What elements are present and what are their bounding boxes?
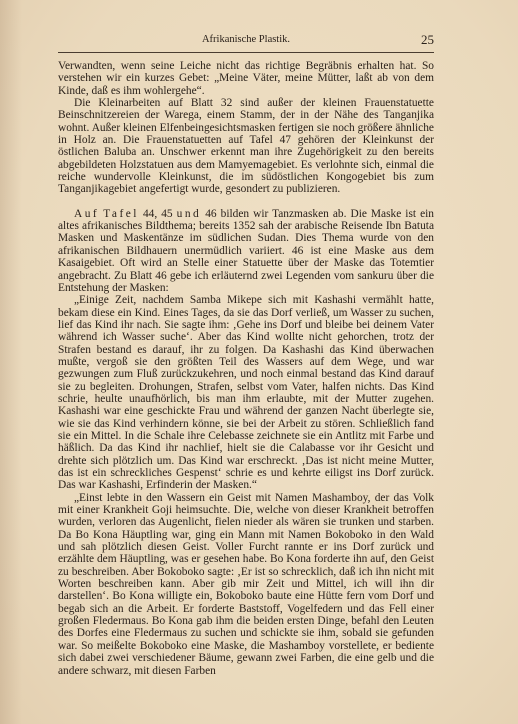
body-text: Verwandten, wenn seine Leiche nicht das … xyxy=(58,60,434,677)
page-number: 25 xyxy=(421,32,434,48)
header-rule xyxy=(58,52,434,53)
paragraph-2: Die Kleinarbeiten auf Blatt 32 sind auße… xyxy=(58,97,434,196)
paragraph-3: Auf Tafel 44, 45 und 46 bilden wir Tanzm… xyxy=(58,208,434,294)
legend-2-mashamboy: „Einst lebte in den Wassern ein Geist mi… xyxy=(58,492,434,677)
page-gutter-shadow xyxy=(0,0,22,724)
emphasis-auf: Auf xyxy=(74,208,99,220)
emphasis-und: und xyxy=(177,208,202,220)
page-header: Afrikanische Plastik. 25 xyxy=(58,34,434,48)
plate-numbers: 44, 45 xyxy=(139,208,177,220)
paragraph-3-text: 46 bilden wir Tanzmasken ab. Die Maske i… xyxy=(58,208,434,294)
running-title: Afrikanische Plastik. xyxy=(58,34,434,45)
paragraph-1: Verwandten, wenn seine Leiche nicht das … xyxy=(58,60,434,97)
emphasis-tafel: Tafel xyxy=(103,208,139,220)
book-page: Afrikanische Plastik. 25 Verwandten, wen… xyxy=(0,0,518,724)
legend-1-kashashi: „Einige Zeit, nachdem Samba Mikepe sich … xyxy=(58,294,434,492)
